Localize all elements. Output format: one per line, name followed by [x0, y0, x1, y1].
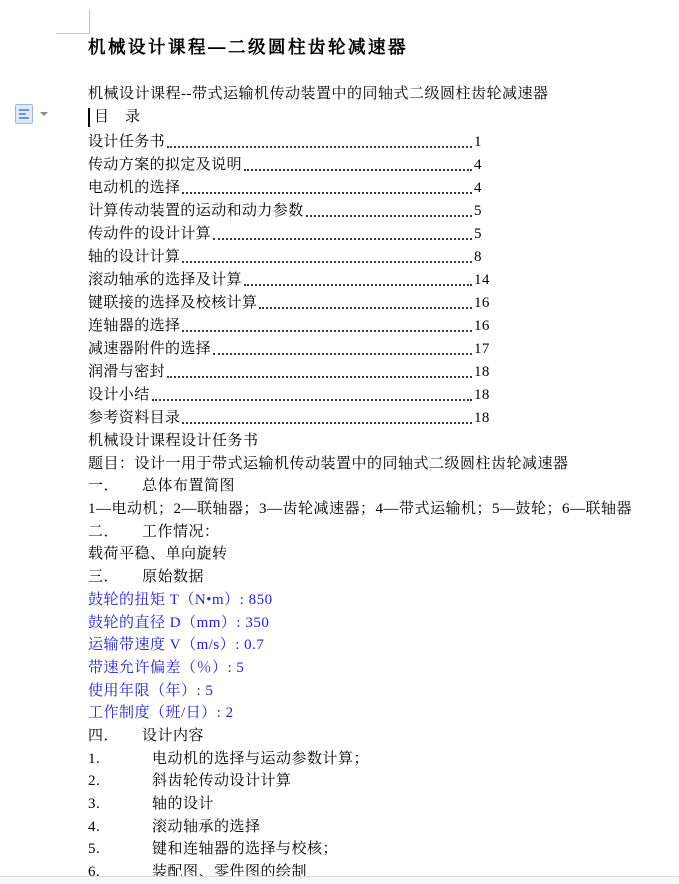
- toc-entry[interactable]: 传动方案的拟定及说明4: [88, 154, 492, 177]
- toc-leader-dots: [306, 215, 472, 217]
- toc-entry[interactable]: 滚动轴承的选择及计算14: [88, 269, 492, 292]
- toc-entry-page: 4: [474, 177, 492, 200]
- section-title: 设计内容: [142, 728, 204, 744]
- toc-entry[interactable]: 传动件的设计计算5: [88, 223, 492, 246]
- section-heading[interactable]: 二．工作情况：: [88, 521, 679, 544]
- task-description-section: 机械设计课程设计任务书 题目：设计一用于带式运输机传动装置中的同轴式二级圆柱齿轮…: [88, 430, 679, 884]
- list-item-text: 键和连轴器的选择与校核；: [152, 841, 338, 857]
- window-bottom-edge: [0, 876, 679, 884]
- toc-entry[interactable]: 减速器附件的选择17: [88, 338, 492, 361]
- section-marker: 一．: [88, 475, 142, 498]
- toc-entry-page: 18: [474, 407, 492, 430]
- text-line[interactable]: 题目：设计一用于带式运输机传动装置中的同轴式二级圆柱齿轮减速器: [88, 453, 679, 476]
- toc-entry[interactable]: 键联接的选择及校核计算16: [88, 292, 492, 315]
- toc-entry[interactable]: 参考资料目录18: [88, 407, 492, 430]
- document-title[interactable]: 机械设计课程—二级圆柱齿轮减速器: [88, 36, 679, 59]
- toc-entry-page: 8: [474, 246, 492, 269]
- text-line[interactable]: 机械设计课程设计任务书: [88, 430, 679, 453]
- toc-leader-dots: [182, 330, 472, 332]
- paste-options-button[interactable]: [15, 104, 48, 124]
- toc-entry-label: 减速器附件的选择: [88, 338, 211, 361]
- section-marker: 二．: [88, 521, 142, 544]
- toc-leader-dots: [213, 238, 472, 240]
- section-marker: 四．: [88, 725, 142, 748]
- toc-entry-page: 17: [474, 338, 492, 361]
- text-cursor: [88, 108, 90, 127]
- data-value-line[interactable]: 使用年限（年）: 5: [88, 680, 679, 703]
- list-item-text: 斜齿轮传动设计计算: [152, 773, 292, 789]
- toc-entry-page: 1: [474, 131, 492, 154]
- toc-entry-label: 设计小结: [88, 384, 150, 407]
- toc-leader-dots: [167, 146, 472, 148]
- list-item-number: 3.: [88, 793, 152, 816]
- toc-entry-label: 参考资料目录: [88, 407, 180, 430]
- toc-heading[interactable]: 目 录: [88, 106, 679, 129]
- toc-entry[interactable]: 设计任务书1: [88, 131, 492, 154]
- toc-leader-dots: [213, 353, 472, 355]
- data-value-line[interactable]: 工作制度（班/日）: 2: [88, 702, 679, 725]
- toc-leader-dots: [152, 399, 472, 401]
- toc-entry-page: 16: [474, 315, 492, 338]
- list-item-text: 轴的设计: [152, 796, 214, 812]
- document-subtitle[interactable]: 机械设计课程--带式运输机传动装置中的同轴式二级圆柱齿轮减速器: [88, 83, 679, 106]
- data-value-line[interactable]: 带速允许偏差（％）: 5: [88, 657, 679, 680]
- text-line[interactable]: 载荷平稳、单向旋转: [88, 543, 679, 566]
- toc-entry[interactable]: 设计小结18: [88, 384, 492, 407]
- toc-entry-label: 润滑与密封: [88, 361, 165, 384]
- list-item[interactable]: 1.电动机的选择与运动参数计算；: [88, 748, 679, 771]
- list-item-text: 电动机的选择与运动参数计算；: [152, 751, 369, 767]
- table-of-contents: 设计任务书1 传动方案的拟定及说明4 电动机的选择4 计算传动装置的运动和动力参…: [88, 131, 492, 430]
- toc-entry[interactable]: 计算传动装置的运动和动力参数5: [88, 200, 492, 223]
- text-boundary-corner-mark: [56, 10, 90, 34]
- toc-entry-page: 4: [474, 154, 492, 177]
- toc-entry[interactable]: 电动机的选择4: [88, 177, 492, 200]
- toc-leader-dots: [259, 307, 472, 309]
- toc-leader-dots: [182, 422, 472, 424]
- toc-entry-label: 滚动轴承的选择及计算: [88, 269, 242, 292]
- data-value-line[interactable]: 鼓轮的扭矩 T（N•m）: 850: [88, 589, 679, 612]
- section-heading[interactable]: 一．总体布置简图: [88, 475, 679, 498]
- toc-entry-label: 传动件的设计计算: [88, 223, 211, 246]
- list-item[interactable]: 5.键和连轴器的选择与校核；: [88, 838, 679, 861]
- list-item[interactable]: 2.斜齿轮传动设计计算: [88, 770, 679, 793]
- toc-entry[interactable]: 润滑与密封18: [88, 361, 492, 384]
- section-heading[interactable]: 三．原始数据: [88, 566, 679, 589]
- list-item-number: 1.: [88, 748, 152, 771]
- toc-entry-label: 连轴器的选择: [88, 315, 180, 338]
- toc-leader-dots: [182, 261, 472, 263]
- section-title: 原始数据: [142, 569, 204, 585]
- paste-options-icon: [15, 104, 33, 124]
- toc-entry-page: 18: [474, 361, 492, 384]
- toc-entry-label: 轴的设计计算: [88, 246, 180, 269]
- section-marker: 三．: [88, 566, 142, 589]
- toc-entry-label: 键联接的选择及校核计算: [88, 292, 257, 315]
- toc-leader-dots: [244, 284, 472, 286]
- toc-entry-label: 设计任务书: [88, 131, 165, 154]
- list-item-number: 2.: [88, 770, 152, 793]
- toc-entry-page: 14: [474, 269, 492, 292]
- toc-entry[interactable]: 连轴器的选择16: [88, 315, 492, 338]
- section-title: 总体布置简图: [142, 478, 235, 494]
- toc-entry-page: 5: [474, 223, 492, 246]
- list-item-text: 滚动轴承的选择: [152, 819, 261, 835]
- list-item[interactable]: 3.轴的设计: [88, 793, 679, 816]
- section-title: 工作情况：: [142, 524, 220, 540]
- list-item-number: 5.: [88, 838, 152, 861]
- list-item-number: 4.: [88, 816, 152, 839]
- chevron-down-icon: [40, 112, 48, 116]
- toc-leader-dots: [167, 376, 472, 378]
- toc-entry-label: 传动方案的拟定及说明: [88, 154, 242, 177]
- list-item[interactable]: 4.滚动轴承的选择: [88, 816, 679, 839]
- toc-entry-label: 电动机的选择: [88, 177, 180, 200]
- data-value-line[interactable]: 运输带速度 V（m/s）: 0.7: [88, 634, 679, 657]
- toc-heading-label: 目 录: [94, 106, 141, 129]
- toc-entry-page: 5: [474, 200, 492, 223]
- toc-entry-label: 计算传动装置的运动和动力参数: [88, 200, 304, 223]
- toc-leader-dots: [244, 169, 472, 171]
- section-heading[interactable]: 四．设计内容: [88, 725, 679, 748]
- toc-entry-page: 16: [474, 292, 492, 315]
- data-value-line[interactable]: 鼓轮的直径 D（mm）: 350: [88, 612, 679, 635]
- toc-entry-page: 18: [474, 384, 492, 407]
- toc-leader-dots: [182, 192, 472, 194]
- toc-entry[interactable]: 轴的设计计算8: [88, 246, 492, 269]
- text-line[interactable]: 1—电动机；2—联轴器；3—齿轮减速器；4—带式运输机；5—鼓轮；6—联轴器: [88, 498, 679, 521]
- document-body: 机械设计课程—二级圆柱齿轮减速器 机械设计课程--带式运输机传动装置中的同轴式二…: [88, 36, 679, 884]
